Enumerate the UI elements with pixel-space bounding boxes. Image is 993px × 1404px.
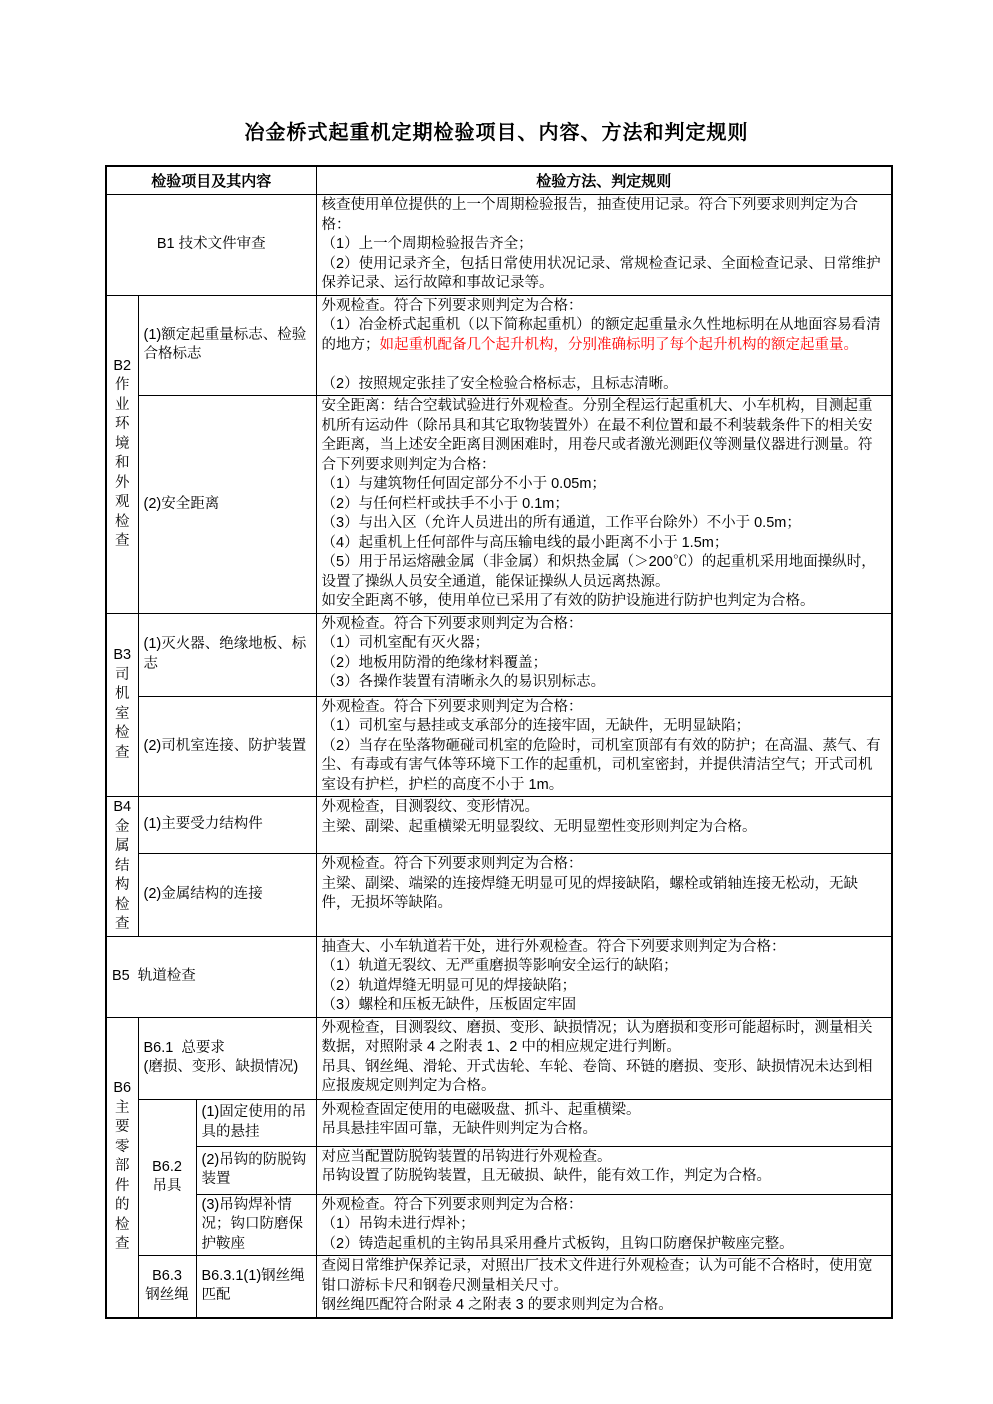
header-method-col: 检验方法、判定规则 bbox=[316, 166, 892, 195]
b62-item2-label: (2)吊钩的防脱钩装置 bbox=[196, 1146, 316, 1194]
b62-item3-label: (3)吊钩焊补情况；钩口防磨保护鞍座 bbox=[196, 1194, 316, 1256]
row-b63: B6.3 钢丝绳 B6.3.1(1)钢丝绳匹配 查阅日常维护保养记录，对照出厂技… bbox=[106, 1256, 892, 1318]
b61-method-cell: 外观检查，目测裂纹、磨损、变形、缺损情况；认为磨损和变形可能超标时，测量相关数据… bbox=[316, 1017, 892, 1099]
b4-section-label: B4 金属 结构 检查 bbox=[106, 797, 138, 937]
b5-method-cell: 抽查大、小车轨道若干处，进行外观检查。符合下列要求则判定为合格： （1）轨道无裂… bbox=[316, 936, 892, 1017]
inspection-table: 检验项目及其内容 检验方法、判定规则 B1 技术文件审查 核查使用单位提供的上一… bbox=[105, 165, 893, 1319]
b62-group-label: B6.2 吊具 bbox=[138, 1099, 196, 1256]
b1-item-label: B1 技术文件审查 bbox=[106, 195, 316, 296]
b63-group-label: B6.3 钢丝绳 bbox=[138, 1256, 196, 1318]
b2-method1-red-text: 如起重机配备几个起升机构，分别准确标明了每个起升机构的额定起重量。 bbox=[380, 337, 859, 353]
b63-method-cell: 查阅日常维护保养记录，对照出厂技术文件进行外观检查；认为可能不合格时，使用宽钳口… bbox=[316, 1256, 892, 1318]
row-b62-2: (2)吊钩的防脱钩装置 对应当配置防脱钩装置的吊钩进行外观检查。 吊钩设置了防脱… bbox=[106, 1146, 892, 1194]
b62-method2-cell: 对应当配置防脱钩装置的吊钩进行外观检查。 吊钩设置了防脱钩装置，且无破损、缺件，… bbox=[316, 1146, 892, 1194]
row-b3-1: B3 司 机 室 检 查 (1)灭火器、绝缘地板、标志 外观检查。符合下列要求则… bbox=[106, 613, 892, 696]
page-title: 冶金桥式起重机定期检验项目、内容、方法和判定规则 bbox=[0, 116, 993, 145]
row-b4-2: (2)金属结构的连接 外观检查。符合下列要求则判定为合格： 主梁、副梁、端梁的连… bbox=[106, 854, 892, 936]
b2-method2-cell: 安全距离：结合空载试验进行外观检查。分别全程运行起重机大、小车机构，目测起重机所… bbox=[316, 396, 892, 614]
row-b62-3: (3)吊钩焊补情况；钩口防磨保护鞍座 外观检查。符合下列要求则判定为合格： （1… bbox=[106, 1194, 892, 1256]
row-b61: B6 主 要 零 部 件 的 检 查 B6.1 总要求 (磨损、变形、缺损情况)… bbox=[106, 1017, 892, 1099]
b3-item2-label: (2)司机室连接、防护装置 bbox=[138, 696, 316, 797]
row-b4-1: B4 金属 结构 检查 (1)主要受力结构件 外观检查，目测裂纹、变形情况。 主… bbox=[106, 797, 892, 854]
row-b1: B1 技术文件审查 核查使用单位提供的上一个周期检验报告，抽查使用记录。符合下列… bbox=[106, 195, 892, 296]
b2-method1-text2: （2）按照规定张挂了安全检验合格标志，且标志清晰。 bbox=[322, 376, 678, 392]
b62-method3-cell: 外观检查。符合下列要求则判定为合格： （1）吊钩未进行焊补； （2）铸造起重机的… bbox=[316, 1194, 892, 1256]
b3-section-label: B3 司 机 室 检 查 bbox=[106, 613, 138, 797]
b2-section-label: B2 作 业 环 境 和 外 观 检 查 bbox=[106, 295, 138, 613]
row-b5: B5 轨道检查 抽查大、小车轨道若干处，进行外观检查。符合下列要求则判定为合格：… bbox=[106, 936, 892, 1017]
row-b3-2: (2)司机室连接、防护装置 外观检查。符合下列要求则判定为合格： （1）司机室与… bbox=[106, 696, 892, 797]
header-items-col: 检验项目及其内容 bbox=[106, 166, 316, 195]
table-header-row: 检验项目及其内容 检验方法、判定规则 bbox=[106, 166, 892, 195]
row-b2-1: B2 作 业 环 境 和 外 观 检 查 (1)额定起重量标志、检验合格标志 外… bbox=[106, 295, 892, 396]
b4-method1-cell: 外观检查，目测裂纹、变形情况。 主梁、副梁、起重横梁无明显裂纹、无明显塑性变形则… bbox=[316, 797, 892, 854]
b3-method1-cell: 外观检查。符合下列要求则判定为合格： （1）司机室配有灭火器； （2）地板用防滑… bbox=[316, 613, 892, 696]
b3-item1-label: (1)灭火器、绝缘地板、标志 bbox=[138, 613, 316, 696]
document-page: 冶金桥式起重机定期检验项目、内容、方法和判定规则 检验项目及其内容 检验方法、判… bbox=[0, 0, 993, 1404]
row-b2-2: (2)安全距离 安全距离：结合空载试验进行外观检查。分别全程运行起重机大、小车机… bbox=[106, 396, 892, 614]
b61-item-label: B6.1 总要求 (磨损、变形、缺损情况) bbox=[138, 1017, 316, 1099]
b3-method2-cell: 外观检查。符合下列要求则判定为合格： （1）司机室与悬挂或支承部分的连接牢固，无… bbox=[316, 696, 892, 797]
b6-section-label: B6 主 要 零 部 件 的 检 查 bbox=[106, 1017, 138, 1318]
b62-method1-cell: 外观检查固定使用的电磁吸盘、抓斗、起重横梁。 吊具悬挂牢固可靠，无缺件则判定为合… bbox=[316, 1099, 892, 1146]
b2-item1-label: (1)额定起重量标志、检验合格标志 bbox=[138, 295, 316, 396]
b62-item1-label: (1)固定使用的吊具的悬挂 bbox=[196, 1099, 316, 1146]
row-b62-1: B6.2 吊具 (1)固定使用的吊具的悬挂 外观检查固定使用的电磁吸盘、抓斗、起… bbox=[106, 1099, 892, 1146]
b1-method-cell: 核查使用单位提供的上一个周期检验报告，抽查使用记录。符合下列要求则判定为合格： … bbox=[316, 195, 892, 296]
b2-item2-label: (2)安全距离 bbox=[138, 396, 316, 614]
b4-item1-label: (1)主要受力结构件 bbox=[138, 797, 316, 854]
b5-item-label: B5 轨道检查 bbox=[106, 936, 316, 1017]
b63-item-label: B6.3.1(1)钢丝绳匹配 bbox=[196, 1256, 316, 1318]
b4-method2-cell: 外观检查。符合下列要求则判定为合格： 主梁、副梁、端梁的连接焊缝无明显可见的焊接… bbox=[316, 854, 892, 936]
b4-item2-label: (2)金属结构的连接 bbox=[138, 854, 316, 936]
b2-method1-cell: 外观检查。符合下列要求则判定为合格： （1）冶金桥式起重机（以下简称起重机）的额… bbox=[316, 295, 892, 396]
